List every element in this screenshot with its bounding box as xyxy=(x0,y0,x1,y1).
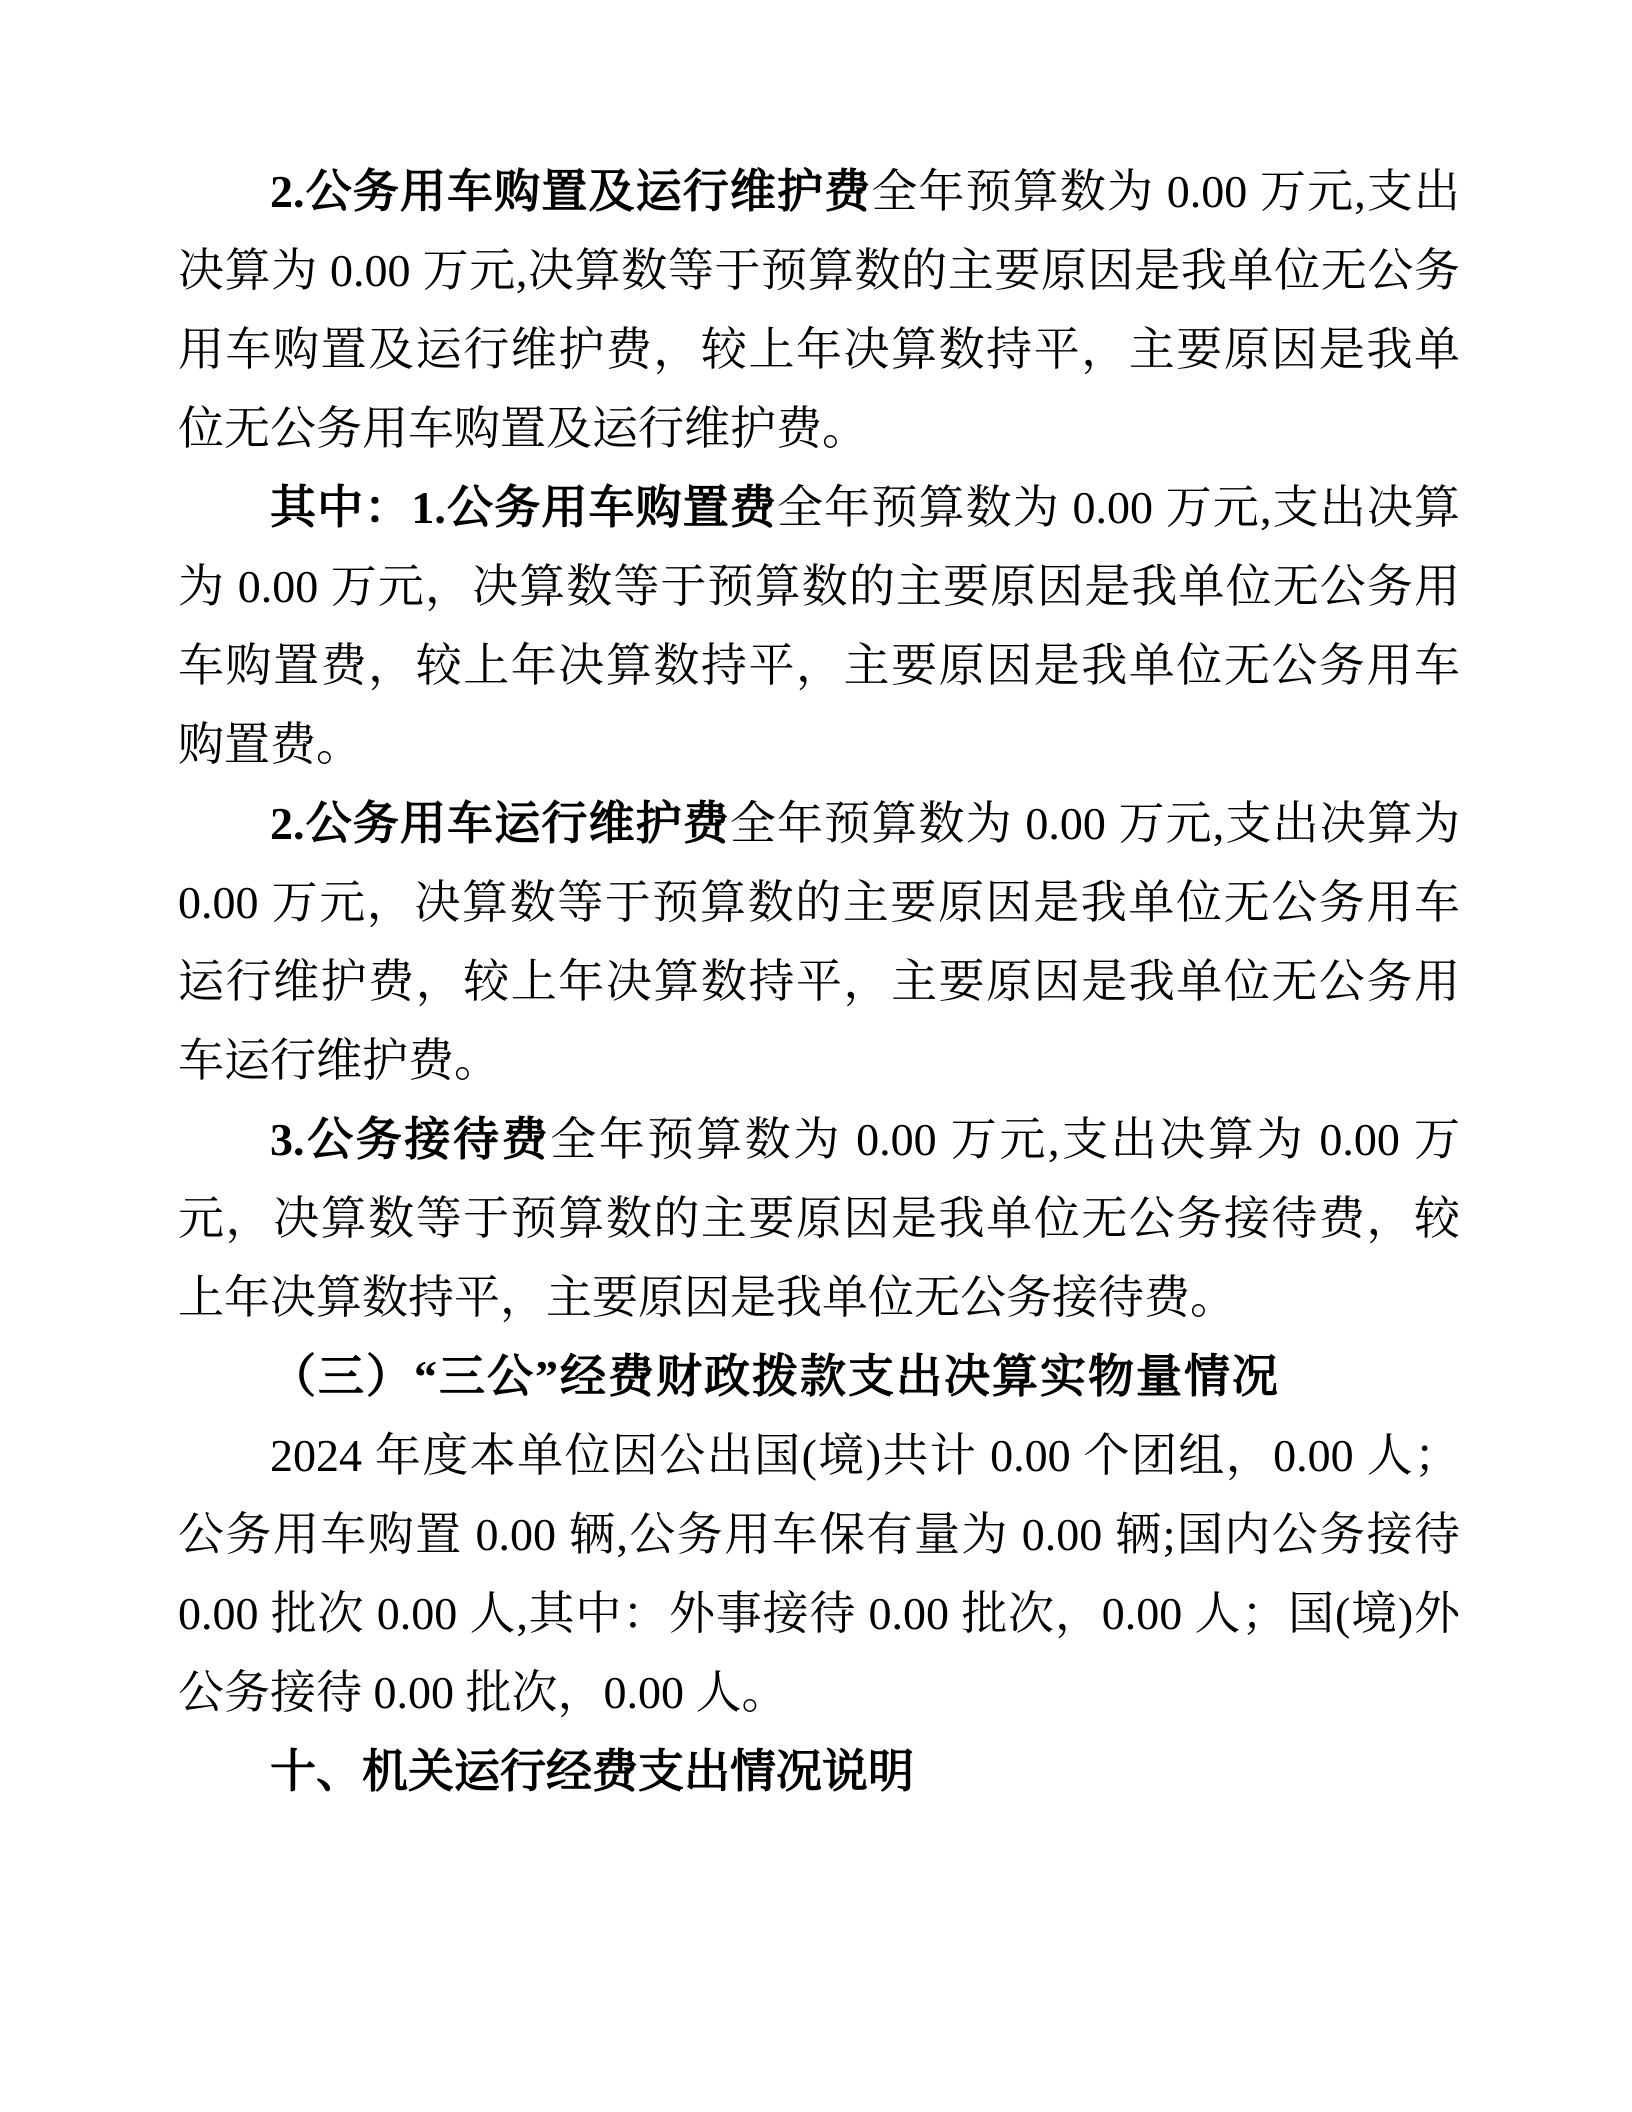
document-page: 2.公务用车购置及运行维护费全年预算数为 0.00 万元,支出决算为 0.00 … xyxy=(0,0,1632,2112)
paragraph-official-reception-fee: 3.公务接待费全年预算数为 0.00 万元,支出决算为 0.00 万元，决算数等… xyxy=(178,1100,1460,1337)
section-heading-three-public-expenses: （三）“三公”经费财政拨款支出决算实物量情况 xyxy=(178,1337,1460,1416)
section-heading-operating-expenses: 十、机关运行经费支出情况说明 xyxy=(178,1732,1460,1811)
paragraph-lead-bold: 3.公务接待费 xyxy=(270,1114,550,1165)
paragraph-lead-bold: 2.公务用车运行维护费 xyxy=(270,798,730,849)
paragraph-physical-quantities: 2024 年度本单位因公出国(境)共计 0.00 个团组，0.00 人；公务用车… xyxy=(178,1416,1460,1732)
paragraph-body-text: 2024 年度本单位因公出国(境)共计 0.00 个团组，0.00 人；公务用车… xyxy=(178,1430,1460,1718)
paragraph-lead-bold: 2.公务用车购置及运行维护费 xyxy=(270,166,871,217)
paragraph-car-purchase-and-maintenance: 2.公务用车购置及运行维护费全年预算数为 0.00 万元,支出决算为 0.00 … xyxy=(178,152,1460,468)
paragraph-car-operation-maintenance-fee: 2.公务用车运行维护费全年预算数为 0.00 万元,支出决算为 0.00 万元，… xyxy=(178,784,1460,1100)
paragraph-car-purchase-fee: 其中：1.公务用车购置费全年预算数为 0.00 万元,支出决算为 0.00 万元… xyxy=(178,468,1460,784)
paragraph-lead-bold: 其中：1.公务用车购置费 xyxy=(270,482,777,533)
